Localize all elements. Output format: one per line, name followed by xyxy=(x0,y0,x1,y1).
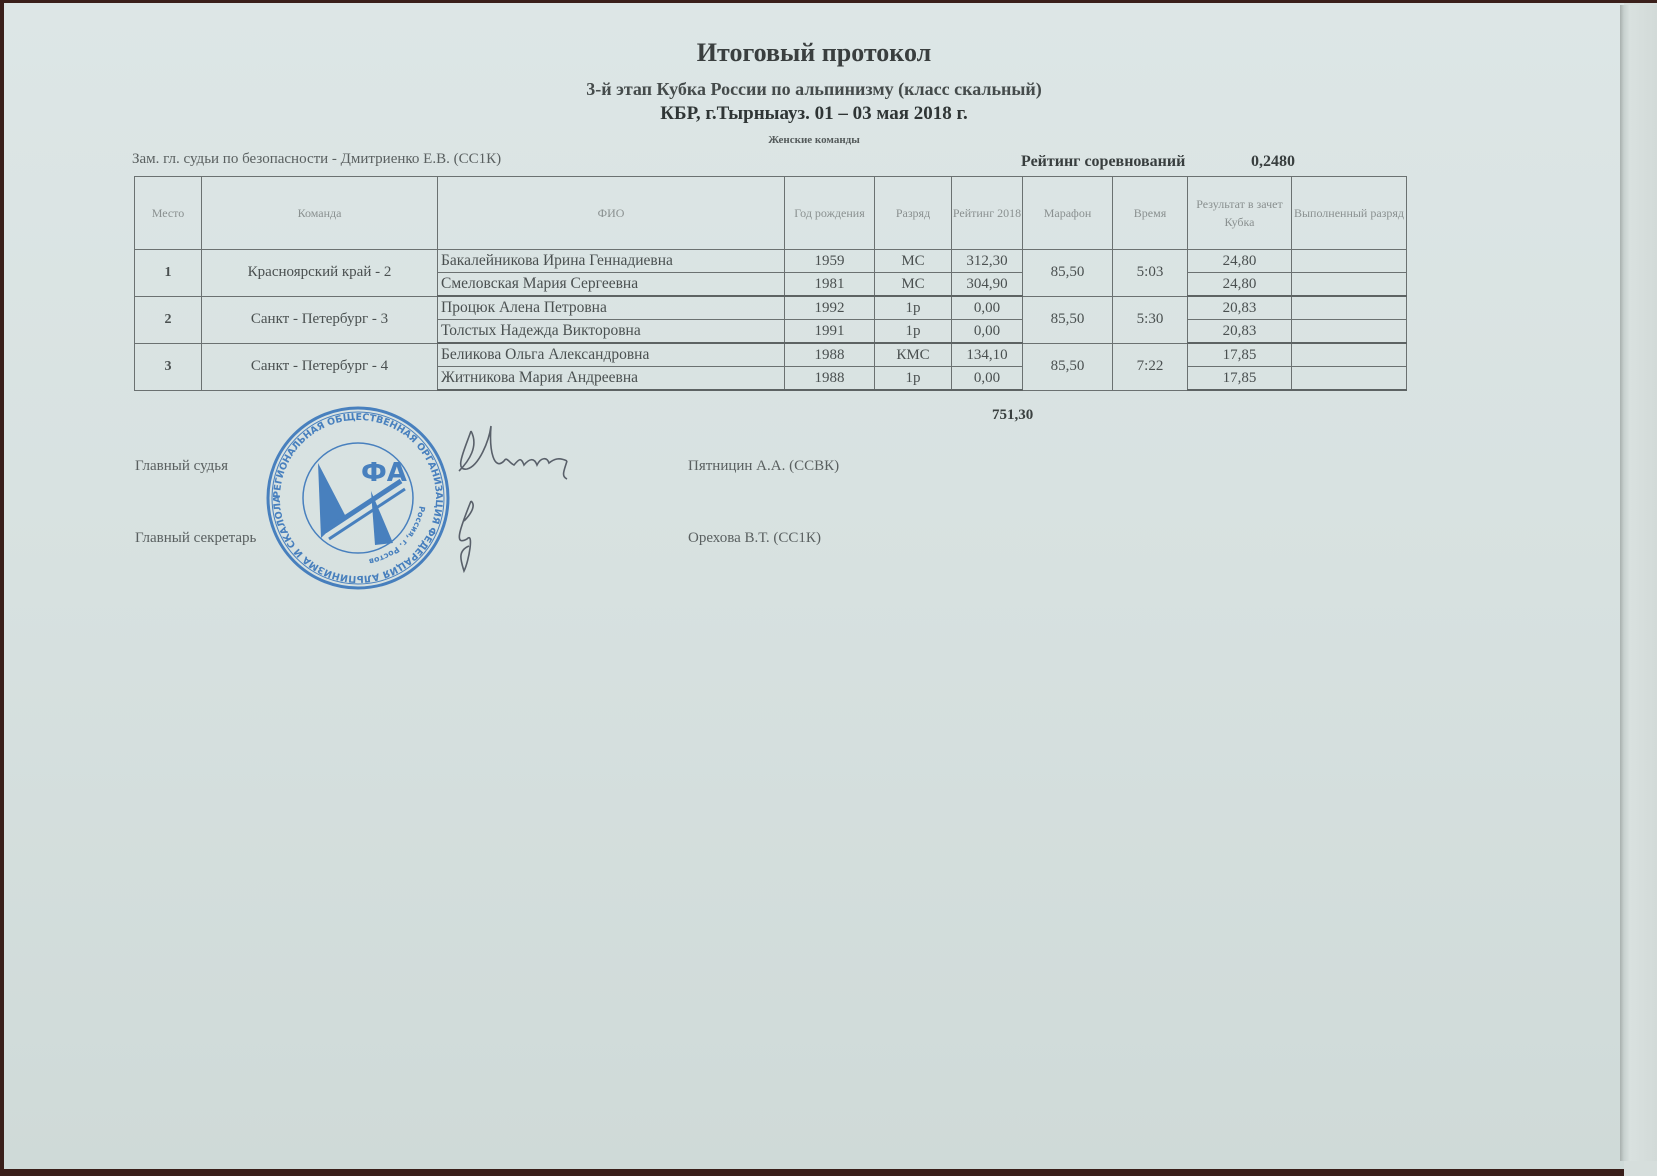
organization-seal-icon: РЕГИОНАЛЬНАЯ ОБЩЕСТВЕННАЯ ОРГАНИЗАЦИЯ ФЕ… xyxy=(263,403,453,593)
marathon: 85,50 xyxy=(1023,250,1113,297)
athlete-name: Смеловская Мария Сергеевна xyxy=(438,273,785,297)
header-team: Команда xyxy=(202,177,438,250)
paper-edge xyxy=(1620,5,1657,1161)
deputy-judge: Зам. гл. судьи по безопасности - Дмитрие… xyxy=(132,151,501,168)
marathon: 85,50 xyxy=(1023,343,1113,390)
table-row: 1 Красноярский край - 2 Бакалейникова Ир… xyxy=(135,250,1407,273)
athlete-name: Житникова Мария Андреевна xyxy=(438,367,785,391)
stamp-logo-letters: ФА xyxy=(361,458,407,488)
athlete-name: Толстых Надежда Викторовна xyxy=(438,320,785,344)
rating: 304,90 xyxy=(952,273,1023,297)
rating: 134,10 xyxy=(952,343,1023,367)
achieved-rank xyxy=(1292,367,1407,391)
place-and-date: КБР, г.Тырныауз. 01 – 03 мая 2018 г. xyxy=(4,103,1624,125)
rating: 0,00 xyxy=(952,367,1023,391)
competition-rating-value: 0,2480 xyxy=(1251,153,1295,171)
header-cup-result: Результат в зачет Кубка xyxy=(1188,177,1292,250)
chief-judge-label: Главный судья xyxy=(135,458,228,475)
category-label: Женские команды xyxy=(4,134,1624,146)
document-title: Итоговый протокол xyxy=(4,38,1624,68)
header-marathon: Марафон xyxy=(1023,177,1113,250)
rank: 1р xyxy=(875,296,952,320)
cup-result: 24,80 xyxy=(1188,250,1292,273)
signature-icon xyxy=(449,421,609,591)
header-name: ФИО xyxy=(438,177,785,250)
cup-result: 17,85 xyxy=(1188,367,1292,391)
achieved-rank xyxy=(1292,320,1407,344)
results-table: Место Команда ФИО Год рождения Разряд Ре… xyxy=(134,176,1407,391)
team-name: Санкт - Петербург - 3 xyxy=(202,296,438,343)
competition-rating-label: Рейтинг соревнований xyxy=(1021,153,1185,171)
birth-year: 1988 xyxy=(785,343,875,367)
rating: 312,30 xyxy=(952,250,1023,273)
time: 5:03 xyxy=(1113,250,1188,297)
cup-result: 24,80 xyxy=(1188,273,1292,297)
header-birth-year: Год рождения xyxy=(785,177,875,250)
rank: МС xyxy=(875,250,952,273)
header-achieved-rank: Выполненный разряд xyxy=(1292,177,1407,250)
cup-result: 20,83 xyxy=(1188,296,1292,320)
header-rating: Рейтинг 2018 xyxy=(952,177,1023,250)
header-rank: Разряд xyxy=(875,177,952,250)
team-place: 2 xyxy=(135,296,202,343)
document-subtitle: 3-й этап Кубка России по альпинизму (кла… xyxy=(4,79,1624,100)
time: 5:30 xyxy=(1113,296,1188,343)
birth-year: 1981 xyxy=(785,273,875,297)
cup-result: 17,85 xyxy=(1188,343,1292,367)
birth-year: 1959 xyxy=(785,250,875,273)
rating: 0,00 xyxy=(952,296,1023,320)
achieved-rank xyxy=(1292,343,1407,367)
rank: 1р xyxy=(875,320,952,344)
team-place: 1 xyxy=(135,250,202,297)
protocol-sheet: Итоговый протокол 3-й этап Кубка России … xyxy=(4,3,1624,1169)
rank: МС xyxy=(875,273,952,297)
table-row: 2 Санкт - Петербург - 3 Процюк Алена Пет… xyxy=(135,296,1407,320)
header-time: Время xyxy=(1113,177,1188,250)
achieved-rank xyxy=(1292,273,1407,297)
athlete-name: Процюк Алена Петровна xyxy=(438,296,785,320)
time: 7:22 xyxy=(1113,343,1188,390)
chief-secretary-label: Главный секретарь xyxy=(135,530,256,547)
table-row: 3 Санкт - Петербург - 4 Беликова Ольга А… xyxy=(135,343,1407,367)
rank: 1р xyxy=(875,367,952,391)
rating-total: 751,30 xyxy=(992,407,1033,424)
rating: 0,00 xyxy=(952,320,1023,344)
rank: КМС xyxy=(875,343,952,367)
chief-secretary-name: Орехова В.Т. (СС1К) xyxy=(688,530,821,547)
team-name: Красноярский край - 2 xyxy=(202,250,438,297)
birth-year: 1992 xyxy=(785,296,875,320)
marathon: 85,50 xyxy=(1023,296,1113,343)
team-place: 3 xyxy=(135,343,202,390)
team-name: Санкт - Петербург - 4 xyxy=(202,343,438,390)
table-header-row: Место Команда ФИО Год рождения Разряд Ре… xyxy=(135,177,1407,250)
athlete-name: Бакалейникова Ирина Геннадиевна xyxy=(438,250,785,273)
cup-result: 20,83 xyxy=(1188,320,1292,344)
header-place: Место xyxy=(135,177,202,250)
birth-year: 1988 xyxy=(785,367,875,391)
chief-judge-name: Пятницин А.А. (ССВК) xyxy=(688,458,839,475)
achieved-rank xyxy=(1292,250,1407,273)
birth-year: 1991 xyxy=(785,320,875,344)
athlete-name: Беликова Ольга Александровна xyxy=(438,343,785,367)
achieved-rank xyxy=(1292,296,1407,320)
